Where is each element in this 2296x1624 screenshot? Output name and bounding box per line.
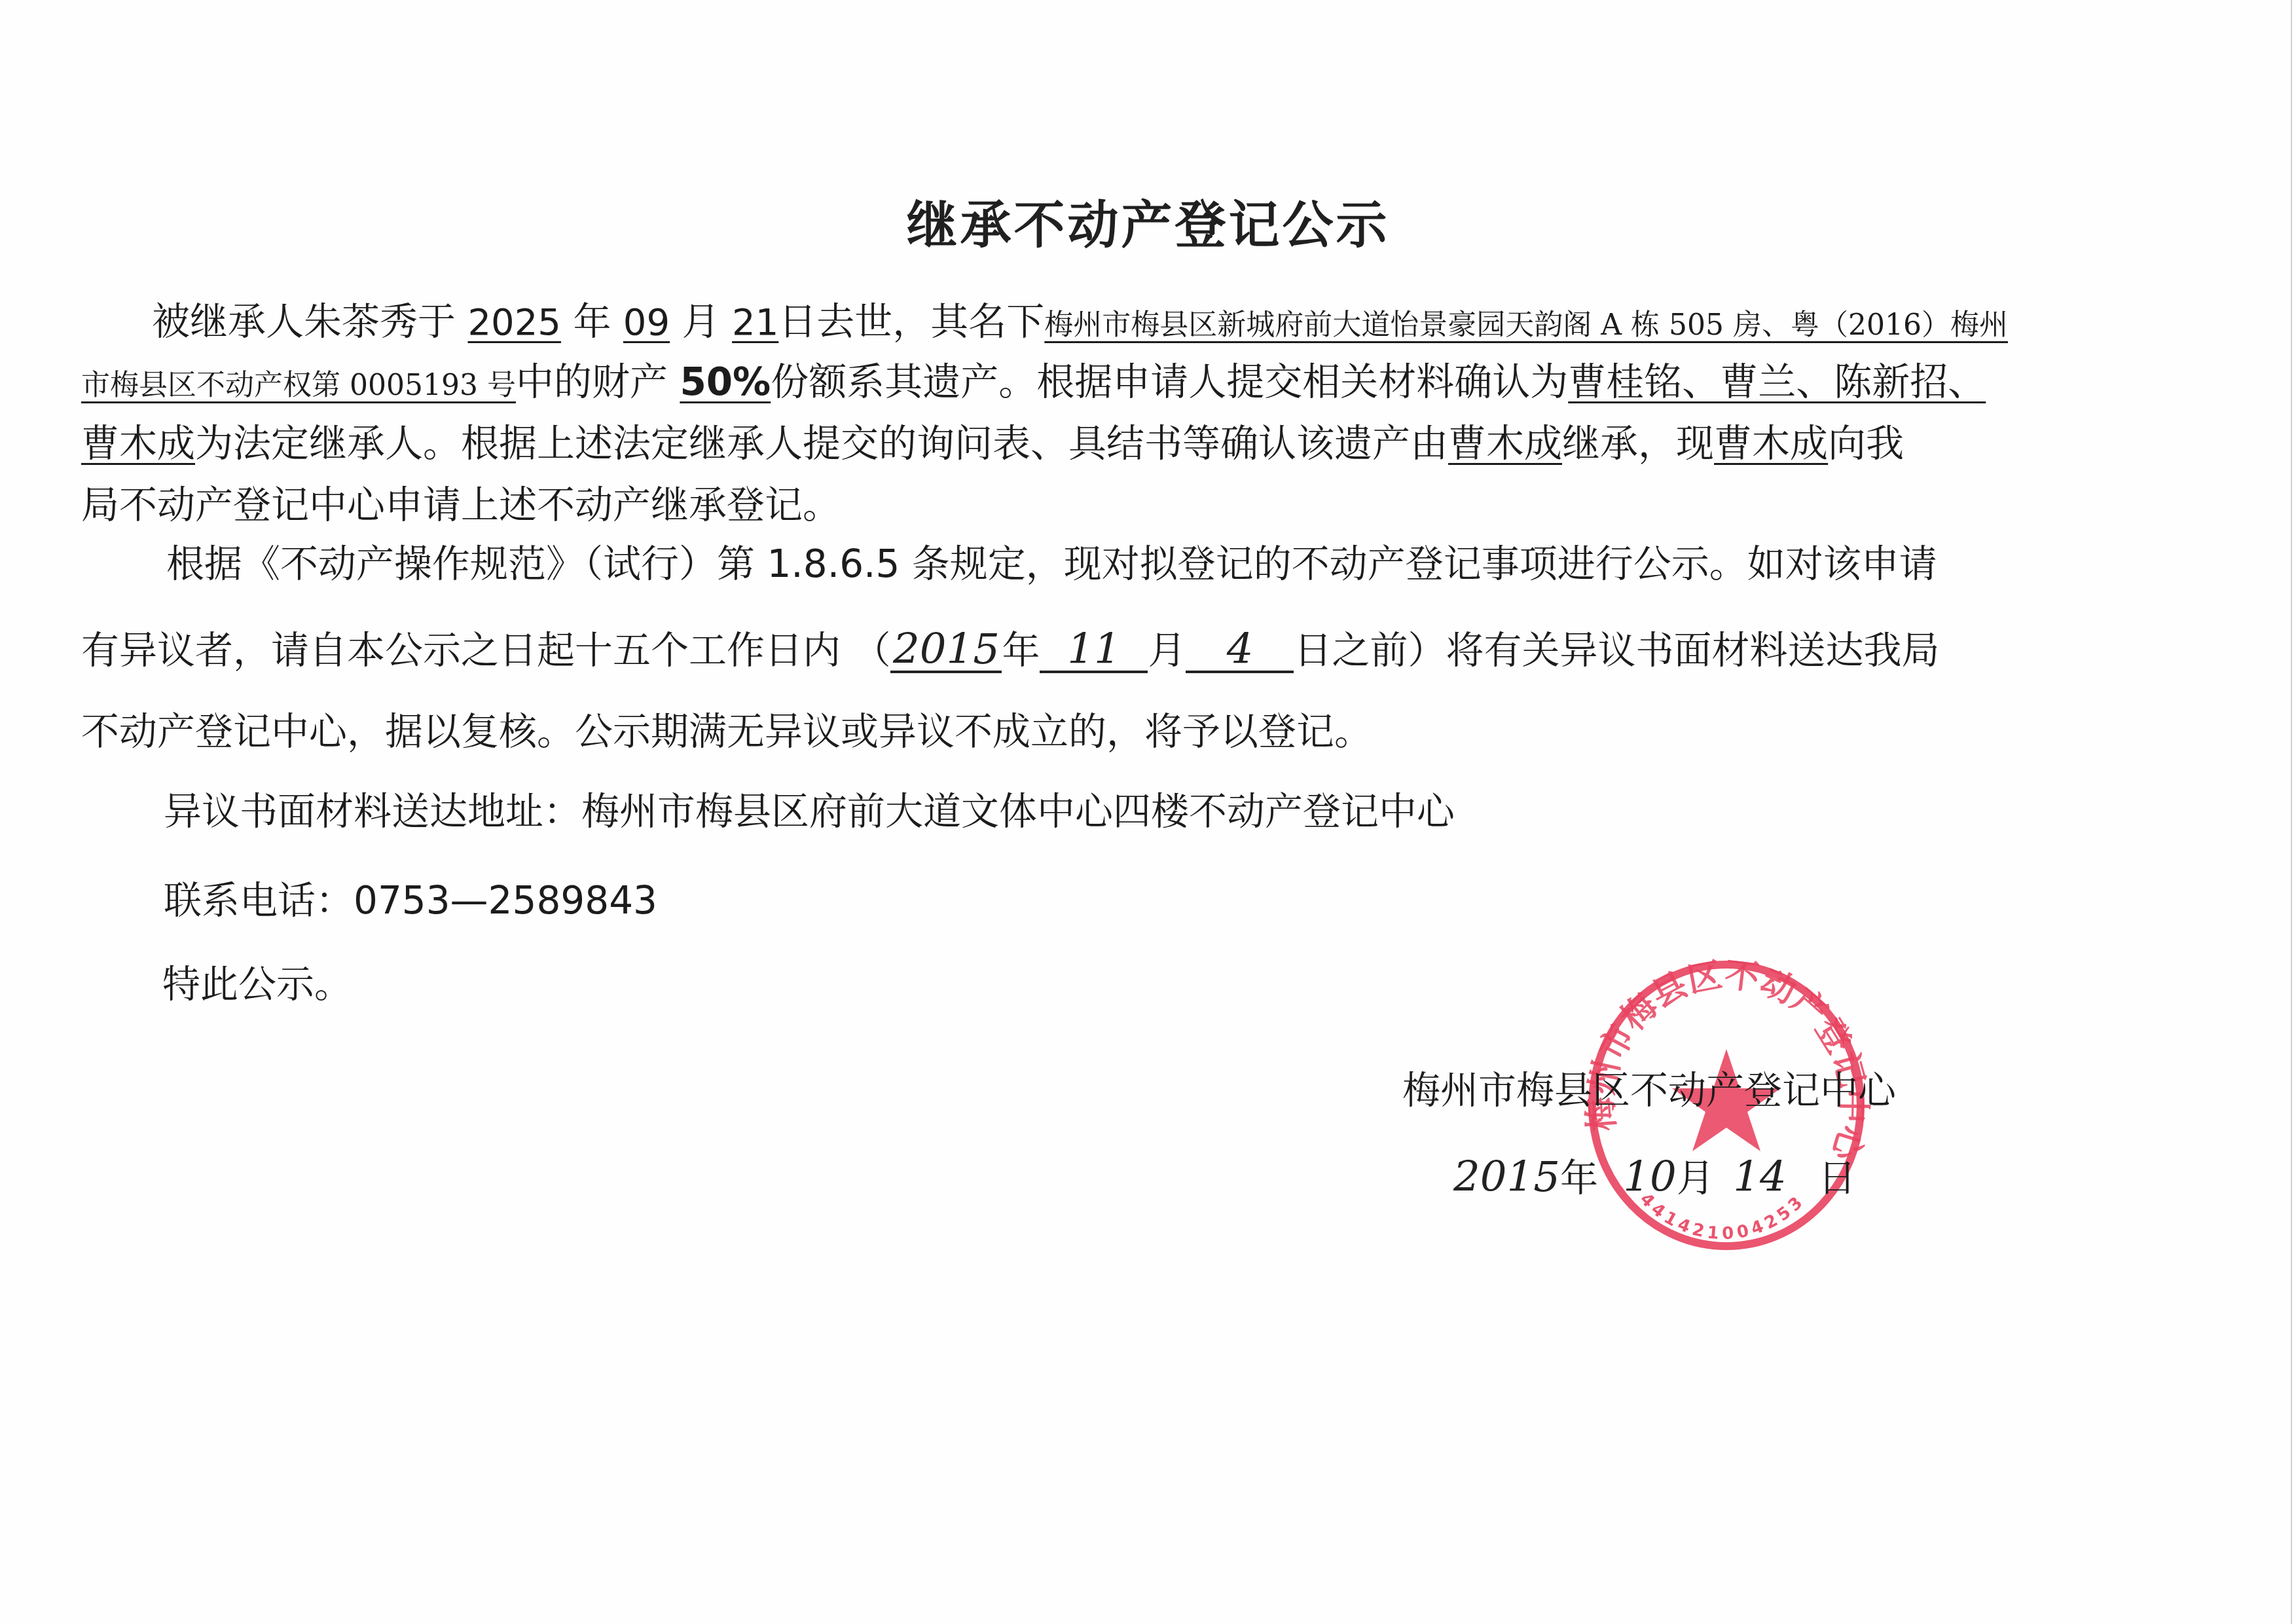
issuing-organization: 梅州市梅县区不动产登记中心 bbox=[1402, 1060, 1896, 1115]
para1-line3: 曹木成为法定继承人。根据上述法定继承人提交的询问表、具结书等确认该遗产由曹木成继… bbox=[81, 424, 1904, 462]
para1-line1: 被继承人朱茶秀于 2025 年 09 月 21日去世，其名下梅州市梅县区新城府前… bbox=[152, 303, 2008, 341]
issue-day: 14 bbox=[1733, 1153, 1786, 1202]
death-year: 2025 bbox=[467, 301, 561, 344]
inheritance-share: 50% bbox=[680, 360, 771, 404]
inheritor-name-2: 曹木成 bbox=[1714, 421, 1828, 466]
para2-line3: 不动产登记中心，据以复核。公示期满无异议或异议不成立的，将予以登记。 bbox=[81, 712, 1372, 750]
inheritor-name-1: 曹木成 bbox=[1448, 421, 1562, 466]
heir-last: 曹木成 bbox=[81, 421, 195, 466]
regulation-article: 1.8.6.5 bbox=[767, 542, 900, 586]
deadline-day: 4 bbox=[1186, 629, 1294, 673]
phone-number: 0753—2589843 bbox=[354, 878, 657, 923]
para2-line1: 根据《不动产操作规范》（试行）第 1.8.6.5 条规定，现对拟登记的不动产登记… bbox=[166, 545, 1937, 583]
property-address-2: 市梅县区不动产权第 0005193 号 bbox=[81, 369, 516, 402]
objection-address: 梅州市梅县区府前大道文体中心四楼不动产登记中心 bbox=[581, 789, 1455, 834]
closing-statement: 特此公示。 bbox=[162, 965, 2281, 1003]
para1-line4: 局不动产登记中心申请上述不动产继承登记。 bbox=[81, 486, 841, 524]
issue-date: 2015年 10月 14 日 bbox=[1453, 1147, 1856, 1202]
death-month: 09 bbox=[623, 301, 670, 344]
legal-heirs: 曹桂铭、曹兰、陈新招、 bbox=[1568, 360, 1986, 404]
para1-line2: 市梅县区不动产权第 0005193 号中的财产 50%份额系其遗产。根据申请人提… bbox=[81, 363, 1986, 401]
phone-line: 联系电话：0753—2589843 bbox=[164, 881, 2282, 919]
objection-address-label: 异议书面材料送达地址： bbox=[164, 789, 581, 834]
document-page: 继承不动产登记公示 被继承人朱茶秀于 2025 年 09 月 21日去世，其名下… bbox=[0, 0, 2296, 1624]
deadline-year: 2015 bbox=[890, 629, 1002, 673]
deadline-month: 11 bbox=[1040, 629, 1148, 673]
document-title: 继承不动产登记公示 bbox=[0, 185, 2296, 258]
phone-label: 联系电话： bbox=[164, 878, 354, 923]
objection-address-line: 异议书面材料送达地址：梅州市梅县区府前大道文体中心四楼不动产登记中心 bbox=[164, 792, 2282, 830]
issue-year: 2015 bbox=[1453, 1153, 1560, 1202]
para2-line2: 有异议者，请自本公示之日起十五个工作日内 （2015年11月4日之前）将有关异议… bbox=[81, 629, 1940, 673]
property-address-1: 梅州市梅县区新城府前大道怡景豪园天韵阁 A 栋 505 房、粤（2016）梅州 bbox=[1044, 308, 2008, 342]
death-day: 21 bbox=[732, 301, 778, 344]
issue-month: 10 bbox=[1623, 1153, 1676, 1202]
